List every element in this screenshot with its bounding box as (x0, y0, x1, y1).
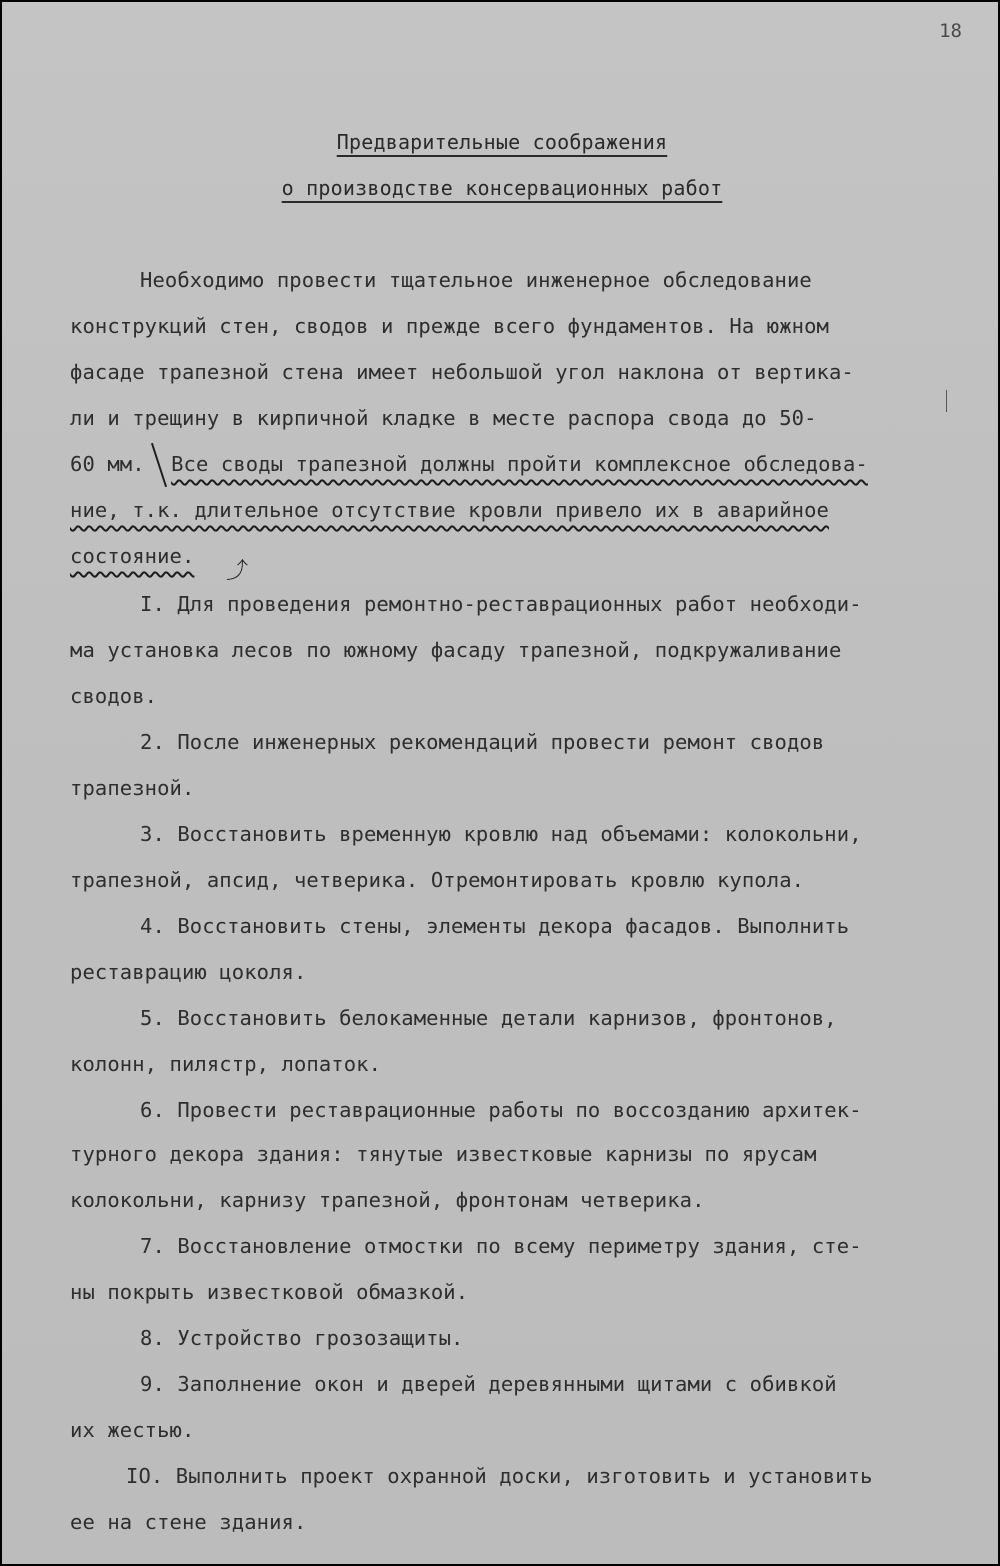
hand-underlined-text: Все своды трапезной должны пройти компле… (171, 452, 868, 476)
document-page: 18 Предварительные соображения о произво… (2, 2, 998, 1564)
list-item-7-line: ны покрыть известковой обмазкой. (70, 1280, 950, 1304)
hand-underlined-text: ние, т.к. длительное отсутствие кровли п… (70, 498, 950, 522)
list-item-5-line: колонн, пилястр, лопаток. (70, 1052, 950, 1076)
list-item-6-line: колокольни, карнизу трапезной, фронтонам… (70, 1188, 950, 1212)
text-line: 60 мм. Все своды трапезной должны пройти… (70, 452, 950, 476)
list-item-9-line: их жестью. (70, 1418, 950, 1442)
list-item-4-line: реставрацию цоколя. (70, 960, 950, 984)
document-title-line-2: о производстве консервационных работ (2, 176, 1000, 200)
text-fragment: 60 мм. (70, 452, 145, 476)
list-item-3-line: трапезной, апсид, четверика. Отремонтиро… (70, 868, 950, 892)
list-item-3-line: 3. Восстановить временную кровлю над объ… (70, 822, 1000, 846)
text-line: ли и трещину в кирпичной кладке в месте … (70, 406, 950, 430)
list-item-2-line: трапезной. (70, 776, 950, 800)
handwritten-caret-mark: ⤴ (226, 554, 248, 585)
page-number: 18 (939, 20, 962, 42)
text-line: конструкций стен, сводов и прежде всего … (70, 314, 950, 338)
list-item-6-line: 6. Провести реставрационные работы по во… (70, 1098, 1000, 1122)
list-item-10-line: IO. Выполнить проект охранной доски, изг… (70, 1464, 1000, 1488)
list-item-1-line: сводов. (70, 684, 950, 708)
list-item-2-line: 2. После инженерных рекомендаций провест… (70, 730, 1000, 754)
list-item-7-line: 7. Восстановление отмостки по всему пери… (70, 1234, 1000, 1258)
list-item-1-line: ма установка лесов по южному фасаду трап… (70, 638, 950, 662)
text-line: фасаде трапезной стена имеет небольшой у… (70, 360, 950, 384)
list-item-8-line: 8. Устройство грозозащиты. (70, 1326, 1000, 1350)
list-item-6-line: турного декора здания: тянутые известков… (70, 1142, 950, 1166)
margin-pencil-mark (946, 390, 947, 412)
list-item-10-line: ее на стене здания. (70, 1510, 950, 1534)
text-line: Необходимо провести тщательное инженерно… (70, 268, 1000, 292)
list-item-9-line: 9. Заполнение окон и дверей деревянными … (70, 1372, 1000, 1396)
list-item-1-line: I. Для проведения ремонтно-реставрационн… (70, 592, 1000, 616)
hand-underlined-text: состояние. (70, 544, 950, 568)
list-item-4-line: 4. Восстановить стены, элементы декора ф… (70, 914, 1000, 938)
list-item-5-line: 5. Восстановить белокаменные детали карн… (70, 1006, 1000, 1030)
document-title-line-1: Предварительные соображения (2, 130, 1000, 154)
